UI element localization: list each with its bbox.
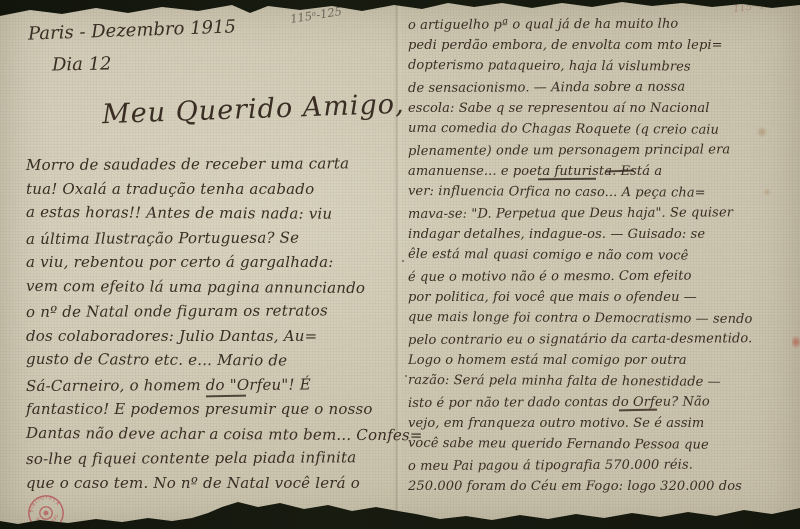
handwriting-line: o nº de Natal onde figuram os retratos: [26, 298, 398, 324]
handwriting-line: a viu, rebentou por certo á gargalhada:: [26, 250, 398, 275]
handwriting-line: ver: influencia Orfica no caso... A peça…: [408, 181, 798, 204]
handwriting-line: de sensacionismo. — Ainda sobre a nossa: [408, 76, 798, 99]
left-page-body: Morro de saudades de receber uma cartatu…: [26, 152, 398, 495]
handwriting-line: o artiguelho pª o qual já de ha muito lh…: [408, 13, 798, 36]
letter-paper: 115ᵃ-125 115ᵃ-125ᵃ Paris - Dezembro 1915…: [0, 0, 800, 529]
handwriting-line: vejo, em franqueza outro motivo. Se é as…: [408, 413, 798, 434]
handwriting-line: que o caso tem. No nº de Natal você lerá…: [26, 471, 398, 496]
red-edge-stain: [792, 334, 800, 350]
ink-dot: [402, 260, 404, 262]
handwriting-line: isto é por não ter dado contas do Orfeu?…: [408, 391, 798, 414]
handwriting-line: plenamente) onde um personagem principal…: [408, 139, 798, 162]
handwriting-line: a estas horas!! Antes de mais nada: viu: [26, 200, 398, 227]
letter-day: Dia 12: [52, 53, 112, 75]
handwriting-line: pedi perdão embora, de envolta com mto l…: [408, 35, 798, 56]
handwriting-line: escola: Sabe q se representou aí no Naci…: [408, 98, 798, 119]
handwriting-line: Morro de saudades de receber uma carta: [26, 151, 398, 177]
handwriting-line: dos colaboradores: Julio Dantas, Au=: [26, 324, 398, 349]
handwriting-line: Logo o homem está mal comigo por outra: [408, 350, 798, 371]
handwriting-line: a última Ilustração Portuguesa? Se: [26, 225, 398, 251]
handwriting-line: razão: Será pela minha falta de honestid…: [408, 370, 798, 393]
handwriting-line: Dantas não deve achar a coisa mto bem...…: [26, 420, 398, 447]
archival-pencil-annotation: 115ᵃ-125: [289, 4, 343, 26]
letter-scan: 115ᵃ-125 115ᵃ-125ᵃ Paris - Dezembro 1915…: [0, 0, 800, 529]
handwriting-line: pelo contrario eu o signatário da carta-…: [408, 328, 798, 351]
handwriting-line: que mais longe foi contra o Democratismo…: [408, 307, 798, 330]
stamp-crest: [43, 510, 49, 516]
handwriting-line: uma comedia do Chagas Roquete (q creio c…: [408, 118, 798, 141]
handwriting-line: por politica, foi você que mais o ofende…: [408, 287, 798, 308]
handwriting-line: indagar detalhes, indague-os. — Guisado:…: [408, 224, 798, 245]
handwriting-line: êle está mal quasi comigo e não com você: [408, 244, 798, 267]
letter-place-date: Paris - Dezembro 1915: [28, 16, 237, 44]
handwriting-line: dopterismo pataqueiro, haja lá vislumbre…: [408, 55, 798, 78]
handwriting-line: vem com efeito lá uma pagina annunciando: [26, 273, 398, 300]
handwriting-line: é que o motivo não é o mesmo. Com efeito: [408, 265, 798, 288]
handwriting-line: 250.000 foram do Céu em Fogo: logo 320.0…: [408, 476, 798, 497]
right-page-body: o artiguelho pª o qual já de ha muito lh…: [408, 14, 798, 497]
handwriting-line: você sabe meu querido Fernando Pessoa qu…: [408, 433, 798, 456]
handwriting-line: gusto de Castro etc. e... Mario de: [26, 347, 398, 374]
handwriting-line: o meu Pai pagou á tipografia 570.000 réi…: [408, 454, 798, 477]
handwriting-line: amanuense... e poeta futurista. Está a: [408, 161, 798, 182]
handwriting-line: fantastico! E podemos presumir que o nos…: [26, 397, 398, 422]
foxing-stain: [763, 188, 771, 196]
handwriting-line: tua! Oxalá a tradução tenha acabado: [26, 177, 398, 202]
ink-dot: [405, 375, 407, 377]
handwriting-line: Sá-Carneiro, o homem do "Orfeu"! É: [26, 372, 398, 398]
letter-salutation: Meu Querido Amigo,: [102, 89, 406, 131]
handwriting-line: mava-se: "D. Perpetua que Deus haja". Se…: [408, 202, 798, 225]
library-stamp: BIBLIOTECA NACIONAL: [23, 490, 69, 529]
handwriting-line: so-lhe q fiquei contente pela piada infi…: [26, 445, 398, 471]
foxing-stain: [757, 126, 767, 138]
